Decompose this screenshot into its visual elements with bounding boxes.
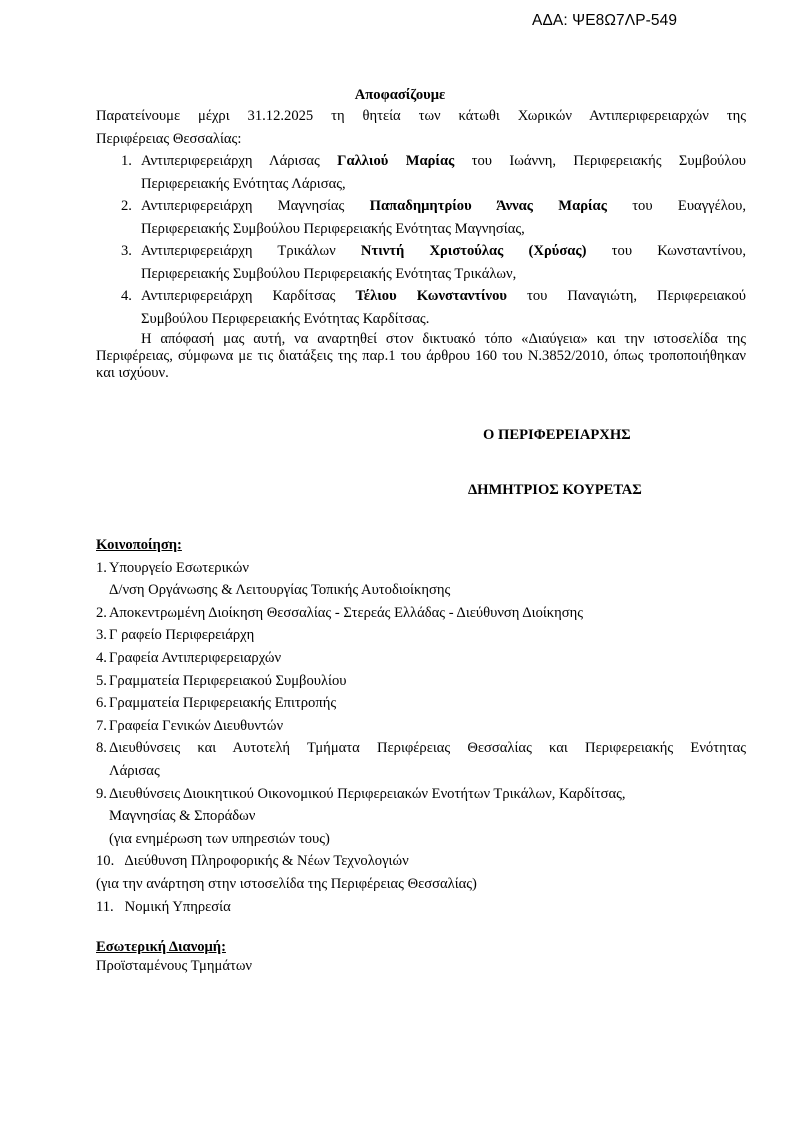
item-line: Γραφεία Αντιπεριφερειαρχών — [109, 647, 746, 670]
item-number: 8. — [96, 737, 107, 760]
item-line: Μαγνησίας & Σποράδων — [109, 805, 746, 828]
deputy-suffix: του Ευαγγέλου, — [632, 198, 746, 214]
notification-item-6: 6. Γραμματεία Περιφερειακής Επιτροπής — [96, 692, 746, 715]
item-line: Δ/νση Οργάνωσης & Λειτουργίας Τοπικής Αυ… — [109, 579, 746, 602]
item-line: 10. Διεύθυνση Πληροφορικής & Νέων Τεχνολ… — [96, 850, 746, 873]
item-line: Γραμματεία Περιφερειακής Επιτροπής — [109, 692, 746, 715]
deputy-name: Ντιντή Χριστούλας (Χρύσας) — [361, 243, 587, 259]
notification-item-1: 1. Υπουργείο Εσωτερικών Δ/νση Οργάνωσης … — [96, 557, 746, 602]
intro-line-1: Παρατείνουμε μέχρι 31.12.2025 τη θητεία … — [96, 105, 746, 128]
deputy-item-4: 4. Αντιπεριφερειάρχη Καρδίτσας Τέλιου Κω… — [96, 285, 746, 330]
notification-item-5: 5. Γραμματεία Περιφερειακού Συμβουλίου — [96, 670, 746, 693]
item-note: (για την ανάρτηση στην ιστοσελίδα της Πε… — [96, 873, 746, 896]
deputy-number: 1. — [121, 150, 132, 173]
item-line: Υπουργείο Εσωτερικών — [109, 557, 746, 580]
deputy-suffix: του Κωνσταντίνου, — [612, 243, 746, 259]
item-number: 4. — [96, 647, 107, 670]
internal-distribution-heading: Εσωτερική Διανομή: — [96, 938, 252, 957]
item-number: 2. — [96, 602, 107, 625]
deputy-line-1: Αντιπεριφερειάρχη Λάρισας Γαλλιού Μαρίας… — [141, 150, 746, 173]
decision-title: Αποφασίζουμε — [0, 87, 800, 104]
notification-section: Κοινοποίηση: 1. Υπουργείο Εσωτερικών Δ/ν… — [96, 534, 746, 918]
item-number: 5. — [96, 670, 107, 693]
deputy-role: Αντιπεριφερειάρχη Μαγνησίας — [141, 198, 344, 214]
signatory-title: Ο ΠΕΡΙΦΕΡΕΙΑΡΧΗΣ — [483, 427, 631, 444]
deputy-item-2: 2. Αντιπεριφερειάρχη Μαγνησίας Παπαδημητ… — [96, 195, 746, 240]
deputies-list: 1. Αντιπεριφερειάρχη Λάρισας Γαλλιού Μαρ… — [96, 150, 746, 330]
item-line: 11. Νομική Υπηρεσία — [96, 896, 746, 919]
deputy-name: Γαλλιού Μαρίας — [337, 153, 454, 169]
deputy-suffix: του Παναγιώτη, Περιφερειακού — [527, 288, 746, 304]
internal-distribution-section: Εσωτερική Διανομή: Προϊσταμένους Τμημάτω… — [96, 938, 252, 976]
item-number: 7. — [96, 715, 107, 738]
deputy-line-2: Συμβούλου Περιφερειακής Ενότητας Καρδίτσ… — [141, 308, 746, 331]
notification-item-3: 3. Γ ραφείο Περιφερειάρχη — [96, 624, 746, 647]
deputy-role: Αντιπεριφερειάρχη Λάρισας — [141, 153, 320, 169]
item-line: Γραμματεία Περιφερειακού Συμβουλίου — [109, 670, 746, 693]
deputy-line-1: Αντιπεριφερειάρχη Μαγνησίας Παπαδημητρίο… — [141, 195, 746, 218]
notification-item-8: 8. Διευθύνσεις και Αυτοτελή Τμήματα Περι… — [96, 737, 746, 782]
item-line: Αποκεντρωμένη Διοίκηση Θεσσαλίας - Στερε… — [109, 602, 746, 625]
deputy-line-1: Αντιπεριφερειάρχη Τρικάλων Ντιντή Χριστο… — [141, 240, 746, 263]
notification-item-4: 4. Γραφεία Αντιπεριφερειαρχών — [96, 647, 746, 670]
ada-code: ΑΔΑ: ΨΕ8Ω7ΛΡ-549 — [532, 12, 677, 30]
item-number: 3. — [96, 624, 107, 647]
internal-distribution-recipient: Προϊσταμένους Τμημάτων — [96, 957, 252, 976]
item-line: Γ ραφείο Περιφερειάρχη — [109, 624, 746, 647]
notification-item-10: 10. Διεύθυνση Πληροφορικής & Νέων Τεχνολ… — [96, 850, 746, 895]
deputy-line-2: Περιφερειακής Συμβούλου Περιφερειακής Εν… — [141, 218, 746, 241]
item-line: (για ενημέρωση των υπηρεσιών τους) — [109, 828, 746, 851]
item-number: 6. — [96, 692, 107, 715]
deputy-number: 4. — [121, 285, 132, 308]
deputy-name: Τέλιου Κωνσταντίνου — [355, 288, 507, 304]
deputy-suffix: του Ιωάννη, Περιφερειακής Συμβούλου — [472, 153, 746, 169]
notification-item-2: 2. Αποκεντρωμένη Διοίκηση Θεσσαλίας - Στ… — [96, 602, 746, 625]
deputy-line-2: Περιφερειακής Ενότητας Λάρισας, — [141, 173, 746, 196]
item-number: 9. — [96, 783, 107, 806]
notification-item-7: 7. Γραφεία Γενικών Διευθυντών — [96, 715, 746, 738]
item-line: Γραφεία Γενικών Διευθυντών — [109, 715, 746, 738]
item-text: Διεύθυνση Πληροφορικής & Νέων Τεχνολογιώ… — [124, 853, 408, 869]
signatory-name: ΔΗΜΗΤΡΙΟΣ ΚΟΥΡΕΤΑΣ — [468, 482, 642, 499]
deputy-item-3: 3. Αντιπεριφερειάρχη Τρικάλων Ντιντή Χρι… — [96, 240, 746, 285]
deputy-number: 2. — [121, 195, 132, 218]
item-number: 11. — [96, 899, 114, 915]
publication-paragraph: Η απόφασή μας αυτή, να αναρτηθεί στον δι… — [96, 331, 746, 382]
notification-item-11: 11. Νομική Υπηρεσία — [96, 896, 746, 919]
deputy-role: Αντιπεριφερειάρχη Τρικάλων — [141, 243, 336, 259]
deputy-line-2: Περιφερειακής Συμβούλου Περιφερειακής Εν… — [141, 263, 746, 286]
item-number: 1. — [96, 557, 107, 580]
deputy-number: 3. — [121, 240, 132, 263]
deputy-role: Αντιπεριφερειάρχη Καρδίτσας — [141, 288, 335, 304]
item-line: Διευθύνσεις Διοικητικού Οικονομικού Περι… — [109, 783, 746, 806]
item-text: Νομική Υπηρεσία — [125, 899, 231, 915]
notification-item-9: 9. Διευθύνσεις Διοικητικού Οικονομικού Π… — [96, 783, 746, 851]
item-line: Διευθύνσεις και Αυτοτελή Τμήματα Περιφέρ… — [109, 737, 746, 760]
decision-body: Παρατείνουμε μέχρι 31.12.2025 τη θητεία … — [96, 105, 746, 382]
deputy-name: Παπαδημητρίου Άννας Μαρίας — [370, 198, 607, 214]
deputy-item-1: 1. Αντιπεριφερειάρχη Λάρισας Γαλλιού Μαρ… — [96, 150, 746, 195]
item-number: 10. — [96, 853, 114, 869]
item-line: Λάρισας — [109, 760, 746, 783]
notification-heading: Κοινοποίηση: — [96, 534, 746, 557]
intro-line-2: Περιφέρειας Θεσσαλίας: — [96, 128, 746, 151]
deputy-line-1: Αντιπεριφερειάρχη Καρδίτσας Τέλιου Κωνστ… — [141, 285, 746, 308]
